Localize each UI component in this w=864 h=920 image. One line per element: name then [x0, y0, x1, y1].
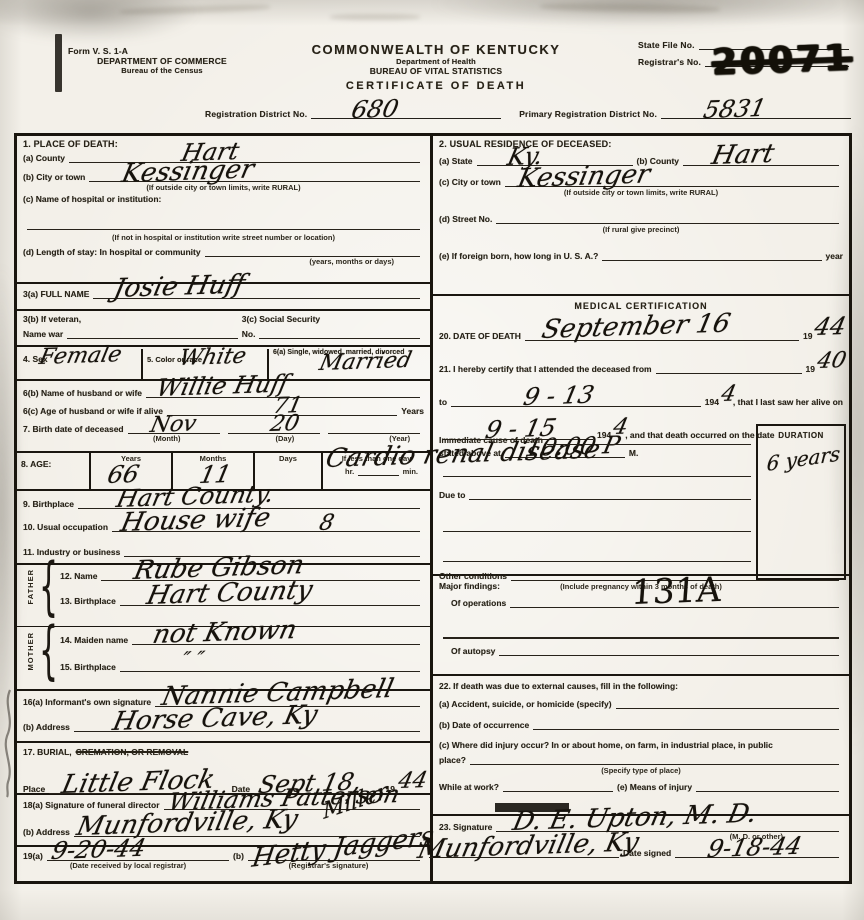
stay-blank [205, 246, 420, 257]
received-date-handwritten: 9-20-44 [49, 834, 148, 865]
occupation-handwritten: House wife [118, 503, 273, 538]
hospital-label: (c) Name of hospital or institution: [23, 194, 161, 204]
city-label: (b) City or town [23, 172, 85, 182]
margin-scribble [0, 688, 18, 798]
sex-handwritten: Female [37, 342, 124, 370]
to-label: to [439, 397, 447, 407]
veteran-label: 3(b) If veteran, [23, 314, 242, 324]
street-note: (If rural give precinct) [439, 225, 843, 234]
means-of-injury-blank [696, 781, 839, 792]
form-left-column: 1. PLACE OF DEATH: (a) County Hart (b) C… [17, 136, 433, 881]
birth-day-blank: 20 [228, 423, 320, 434]
while-at-work-blank [503, 781, 613, 792]
race-handwritten: White [177, 344, 249, 371]
section-major-findings: Major findings: Of operations 131A Of au… [433, 576, 849, 676]
father-side-label: FATHER [26, 569, 35, 604]
veteran-blank [67, 328, 238, 339]
residence-county-blank: Hart [683, 155, 839, 166]
father-birthplace-label: 13. Birthplace [60, 596, 116, 606]
veteran-name-war-label: Name war [23, 329, 63, 339]
reg-district-handwritten: 680 [349, 94, 401, 124]
informant-address-label: (b) Address [23, 722, 70, 732]
external-c-label: (c) Where did injury occur? In or about … [439, 739, 843, 752]
scan-smudge [0, 0, 200, 42]
spouse-age-label: 6(c) Age of husband or wife if alive [23, 406, 163, 416]
certificate-form: 1. PLACE OF DEATH: (a) County Hart (b) C… [14, 133, 852, 884]
county-label: (a) County [23, 153, 65, 163]
date-of-death-handwritten: September 16 [539, 309, 733, 345]
while-at-work-label: While at work? [439, 782, 499, 792]
residence-city-handwritten: Kessinger [515, 159, 653, 194]
certify-text: 21. I hereby certify that I attended the… [439, 364, 652, 374]
birth-day-handwritten: 20 [268, 411, 302, 437]
section-full-name: 3(a) FULL NAME Josie Huff [17, 284, 430, 311]
department-health: Department of Health [296, 57, 576, 66]
date-signed-blank: 9-18-44 [675, 847, 839, 858]
father-birthplace-blank: Hart County [120, 595, 420, 606]
residence-state-label: (a) State [439, 156, 473, 166]
ssn-blank [259, 328, 420, 339]
scanned-certificate: Form V. S. 1-A DEPARTMENT OF COMMERCE Bu… [0, 0, 864, 920]
operations-handwritten: 131A [630, 570, 723, 613]
bureau-vital-statistics: BUREAU OF VITAL STATISTICS [296, 66, 576, 76]
age-days-label: Days [259, 454, 317, 463]
external-a-blank [616, 698, 839, 709]
mother-birthplace-blank: ″ ″ [120, 661, 420, 672]
section-registrar: 19(a) 9-20-44 (Date received by local re… [17, 847, 430, 878]
industry-label: 11. Industry or business [23, 547, 120, 557]
registrar-sig-label: (b) [233, 851, 244, 861]
reg-district-blank: 680 [311, 108, 501, 119]
registrar-sig-blank: Hetty Jaggers [248, 850, 420, 861]
external-c-note: (Specify type of place) [439, 766, 843, 775]
street-label: (d) Street No. [439, 214, 492, 224]
state-file-label: State File No. [638, 40, 695, 50]
spouse-handwritten: Willie Huff [154, 369, 291, 402]
full-name-handwritten: Josie Huff [111, 270, 248, 304]
full-name-blank: Josie Huff [93, 288, 420, 299]
major-divider [443, 622, 839, 639]
external-title: 22. If death was due to external causes,… [439, 681, 843, 691]
duration-label: DURATION [758, 431, 844, 440]
mother-brace: { [39, 614, 58, 688]
street-blank [496, 213, 839, 224]
physician-address-handwritten: Munfordville, Ky [415, 827, 642, 865]
residence-city-blank: Kessinger [505, 176, 839, 187]
father-brace: { [39, 550, 58, 624]
mother-birthplace-label: 15. Birthplace [60, 662, 116, 672]
scan-ghost-mark [120, 3, 270, 15]
primary-district-handwritten: 5831 [701, 94, 769, 124]
physician-sig-label: 23. Signature [439, 822, 492, 832]
hospital-note: (If not in hospital or institution write… [23, 233, 424, 242]
medical-certification-title: MEDICAL CERTIFICATION [439, 301, 843, 311]
external-c-label2: place? [439, 755, 466, 765]
director-address-label: (b) Address [23, 827, 70, 837]
form-right-column: DURATION 6 years 2. USUAL RESIDENCE OF D… [433, 136, 849, 881]
residence-city-label: (c) City or town [439, 177, 501, 187]
section-medical-certification: MEDICAL CERTIFICATION 20. DATE OF DEATH … [433, 296, 849, 431]
ssn-no-label: No. [242, 329, 256, 339]
burial-title: 17. BURIAL, [23, 747, 72, 757]
city-blank: Kessinger [89, 171, 420, 182]
duration-box: DURATION 6 years [756, 424, 846, 580]
birth-month-handwritten: Nov [148, 411, 199, 438]
primary-district-label: Primary Registration District No. [519, 109, 657, 119]
due-to-blank [469, 489, 751, 500]
scan-ghost-mark [330, 14, 420, 20]
occupation-extra-handwritten: 8 [317, 511, 336, 536]
mother-maiden-handwritten: not Known [150, 615, 300, 650]
foreign-born-label: (e) If foreign born, how long in U. S. A… [439, 251, 598, 261]
received-blank: 9-20-44 [47, 850, 229, 861]
header-title-block: COMMONWEALTH OF KENTUCKY Department of H… [296, 42, 576, 92]
reg-district-label: Registration District No. [205, 109, 307, 119]
date-signed-handwritten: 9-18-44 [705, 832, 804, 863]
section-external-causes: 22. If death was due to external causes,… [433, 676, 849, 816]
autopsy-label: Of autopsy [451, 646, 495, 656]
date-of-death-label: 20. DATE OF DEATH [439, 331, 521, 341]
section-physician: 23. Signature D. E. Upton, M. D. (M. D. … [433, 816, 849, 877]
due-blank-3 [443, 546, 751, 562]
mother-birthplace-ditto: ″ ″ [180, 646, 207, 671]
due-blank-2 [443, 516, 751, 532]
stay-label: (d) Length of stay: In hospital or commu… [23, 247, 201, 257]
hospital-blank [27, 214, 420, 230]
external-a-label: (a) Accident, suicide, or homicide (spec… [439, 699, 612, 709]
mother-maiden-blank: not Known [132, 634, 420, 645]
father-birthplace-handwritten: Hart County [144, 575, 315, 611]
section-residence: 2. USUAL RESIDENCE OF DECEASED: (a) Stat… [433, 136, 849, 296]
section-informant: 16(a) Informant's own signature Nannie C… [17, 691, 430, 743]
cause-blank-2: Cardio renal disease [443, 461, 751, 477]
marital-handwritten: Married [317, 348, 414, 376]
section-place-of-death: 1. PLACE OF DEATH: (a) County Hart (b) C… [17, 136, 430, 284]
birthplace-label: 9. Birthplace [23, 499, 74, 509]
city-handwritten: Kessinger [119, 154, 257, 189]
received-label: 19(a) [23, 851, 43, 861]
burial-place-label: Place [23, 784, 45, 794]
primary-district-blank: 5831 [661, 108, 851, 119]
scan-edge-bar [55, 34, 62, 92]
external-b-blank [533, 719, 839, 730]
header-agency-block: Form V. S. 1-A DEPARTMENT OF COMMERCE Bu… [62, 46, 262, 75]
residence-title: 2. USUAL RESIDENCE OF DECEASED: [439, 139, 843, 149]
operations-blank: 131A [510, 597, 839, 608]
stay-note: (years, months or days) [23, 257, 394, 266]
mother-side-label: MOTHER [26, 632, 35, 671]
to-printed-year: 194 [705, 397, 719, 407]
date-of-death-blank: September 16 [525, 330, 799, 341]
to-date-blank: 9 - 13 [451, 396, 701, 407]
ssn-label: 3(c) Social Security [242, 314, 424, 324]
scan-ghost-mark [540, 2, 720, 13]
father-name-label: 12. Name [60, 571, 97, 581]
registration-district-line: Registration District No. 680 Primary Re… [205, 108, 855, 119]
commonwealth-title: COMMONWEALTH OF KENTUCKY [296, 42, 576, 57]
burial-title-struck: CREMATION, OR REMOVAL [76, 747, 189, 757]
spouse-age-suffix: Years [401, 406, 424, 416]
certificate-title: CERTIFICATE OF DEATH [296, 80, 576, 92]
bureau-census: Bureau of the Census [62, 66, 262, 75]
to-continuation: , that I last saw her alive on [733, 397, 843, 407]
from-printed-year: 19 [806, 364, 815, 374]
director-label: 18(a) Signature of funeral director [23, 800, 160, 810]
external-c-blank [470, 754, 839, 765]
occupation-blank: House wife 8 [112, 521, 420, 532]
scan-smudge [430, 0, 850, 28]
department-commerce: DEPARTMENT OF COMMERCE [62, 56, 262, 66]
to-date-handwritten: 9 - 13 [521, 381, 597, 411]
dod-printed-year: 19 [803, 331, 812, 341]
physician-address-blank: Munfordville, Ky [429, 847, 619, 858]
informant-address-handwritten: Horse Cave, Ky [110, 700, 320, 737]
dod-year-handwritten: 44 [812, 312, 849, 341]
attended-from-blank [656, 363, 802, 374]
foreign-born-blank [602, 250, 821, 261]
mother-maiden-label: 14. Maiden name [60, 635, 128, 645]
birth-month-blank: Nov [128, 423, 220, 434]
spouse-label: 6(b) Name of husband or wife [23, 388, 142, 398]
occupation-label: 10. Usual occupation [23, 522, 108, 532]
foreign-born-suffix: year [826, 251, 844, 261]
operations-label: Of operations [451, 598, 506, 608]
age-label: 8. AGE: [21, 459, 51, 469]
from-year-handwritten: 40 [815, 348, 849, 374]
external-b-label: (b) Date of occurrence [439, 720, 529, 730]
registrar-no-label: Registrar's No. [638, 57, 701, 67]
birth-year-blank [328, 423, 420, 434]
duration-handwritten: 6 years [766, 441, 841, 476]
file-number-stamp: 20071 [711, 38, 853, 84]
residence-county-handwritten: Hart [709, 139, 777, 171]
form-number: Form V. S. 1-A [68, 46, 262, 56]
informant-address-blank: Horse Cave, Ky [74, 721, 420, 732]
means-of-injury-label: (e) Means of injury [617, 782, 692, 792]
section-veteran-ssn: 3(b) If veteran, Name war 3(c) Social Se… [17, 311, 430, 347]
due-to-label: Due to [439, 490, 465, 500]
autopsy-blank [499, 645, 839, 656]
full-name-label: 3(a) FULL NAME [23, 289, 89, 299]
birth-date-label: 7. Birth date of deceased [23, 424, 124, 434]
